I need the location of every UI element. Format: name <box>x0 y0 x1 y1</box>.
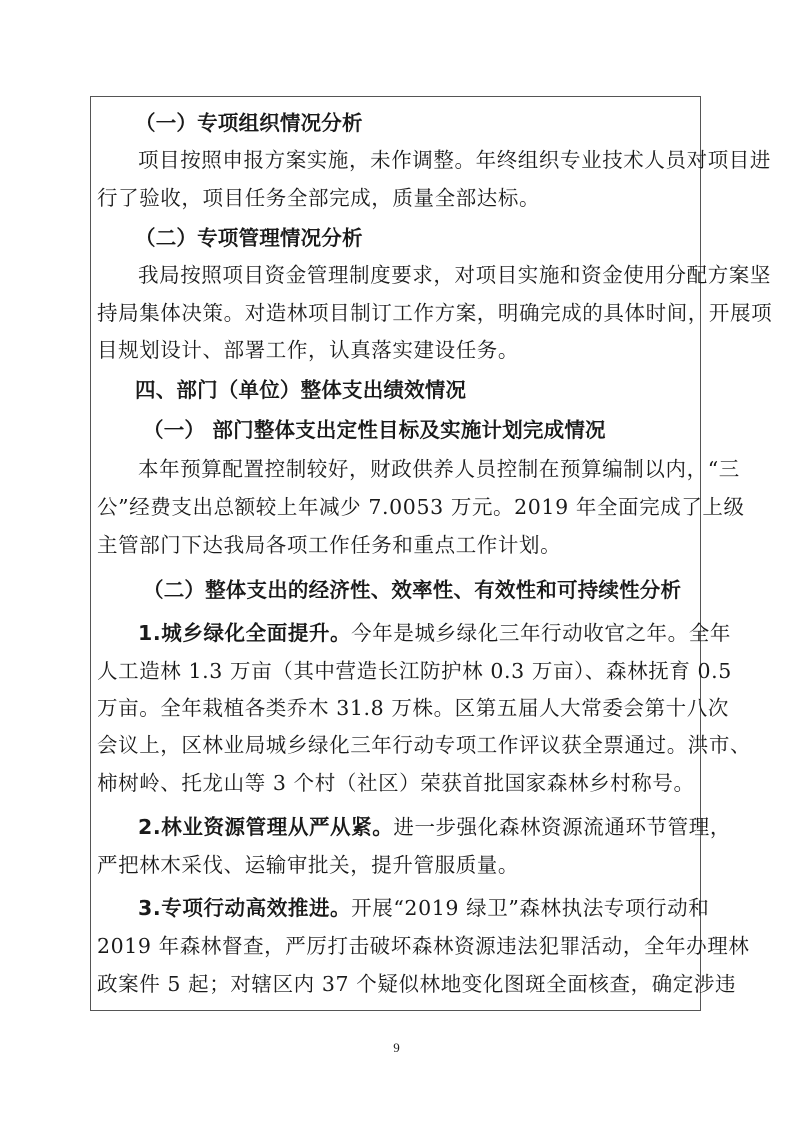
section-heading: （一） 部门整体支出定性目标及实施计划完成情况 <box>143 418 746 442</box>
item-3-line: 3.专项行动高效推进。开展“2019 绿卫”森林执法专项行动和 <box>138 896 700 920</box>
item-2-line: 2.林业资源管理从严从紧。进一步强化森林资源流通环节管理， <box>138 815 700 839</box>
paragraph-line: 持局集体决策。对造林项目制订工作方案，明确完成的具体时间，开展项 <box>97 301 700 325</box>
item-2-text: 进一步强化森林资源流通环节管理， <box>393 815 731 839</box>
paragraph-line: 严把林木采伐、运输审批关，提升管服质量。 <box>97 853 700 877</box>
paragraph-line: 项目按照申报方案实施，未作调整。年终组织专业技术人员对项目进 <box>138 148 700 172</box>
section-heading: （一）专项组织情况分析 <box>135 111 738 135</box>
section-heading: （二）专项管理情况分析 <box>135 226 738 250</box>
paragraph-line: 万亩。全年栽植各类乔木 31.8 万株。区第五届人大常委会第十八次 <box>97 696 700 720</box>
paragraph-line: 公”经费支出总额较上年减少 7.0053 万元。2019 年全面完成了上级 <box>97 495 700 519</box>
paragraph-line: 人工造林 1.3 万亩（其中营造长江防护林 0.3 万亩）、森林抚育 0.5 <box>97 659 700 683</box>
paragraph-line: 本年预算配置控制较好，财政供养人员控制在预算编制以内，“三 <box>138 457 700 481</box>
paragraph-line: 柿树岭、托龙山等 3 个村（社区）荣获首批国家森林乡村称号。 <box>97 771 700 795</box>
paragraph-line: 2019 年森林督查，严厉打击破坏森林资源违法犯罪活动，全年办理林 <box>97 934 700 958</box>
paragraph-line: 目规划设计、部署工作，认真落实建设任务。 <box>97 338 700 362</box>
item-1-text: 今年是城乡绿化三年行动收官之年。全年 <box>351 621 731 645</box>
paragraph-line: 政案件 5 起；对辖区内 37 个疑似林地变化图斑全面核查，确定涉违 <box>97 972 700 996</box>
item-1-line: 1.城乡绿化全面提升。今年是城乡绿化三年行动收官之年。全年 <box>138 621 700 645</box>
page-number: 9 <box>0 1040 793 1056</box>
item-1-title: 1.城乡绿化全面提升。 <box>138 621 351 645</box>
item-3-title: 3.专项行动高效推进。 <box>138 896 351 920</box>
paragraph-line: 主管部门下达我局各项工作任务和重点工作计划。 <box>97 533 700 557</box>
chapter-heading: 四、部门（单位）整体支出绩效情况 <box>135 378 738 402</box>
paragraph-line: 我局按照项目资金管理制度要求，对项目实施和资金使用分配方案坚 <box>138 263 700 287</box>
item-3-text: 开展“2019 绿卫”森林执法专项行动和 <box>351 896 709 920</box>
paragraph-line: 会议上，区林业局城乡绿化三年行动专项工作评议获全票通过。洪市、 <box>97 733 700 757</box>
item-2-title: 2.林业资源管理从严从紧。 <box>138 815 393 839</box>
paragraph-line: 行了验收，项目任务全部完成，质量全部达标。 <box>97 186 700 210</box>
section-heading: （二）整体支出的经济性、效率性、有效性和可持续性分析 <box>143 578 746 602</box>
